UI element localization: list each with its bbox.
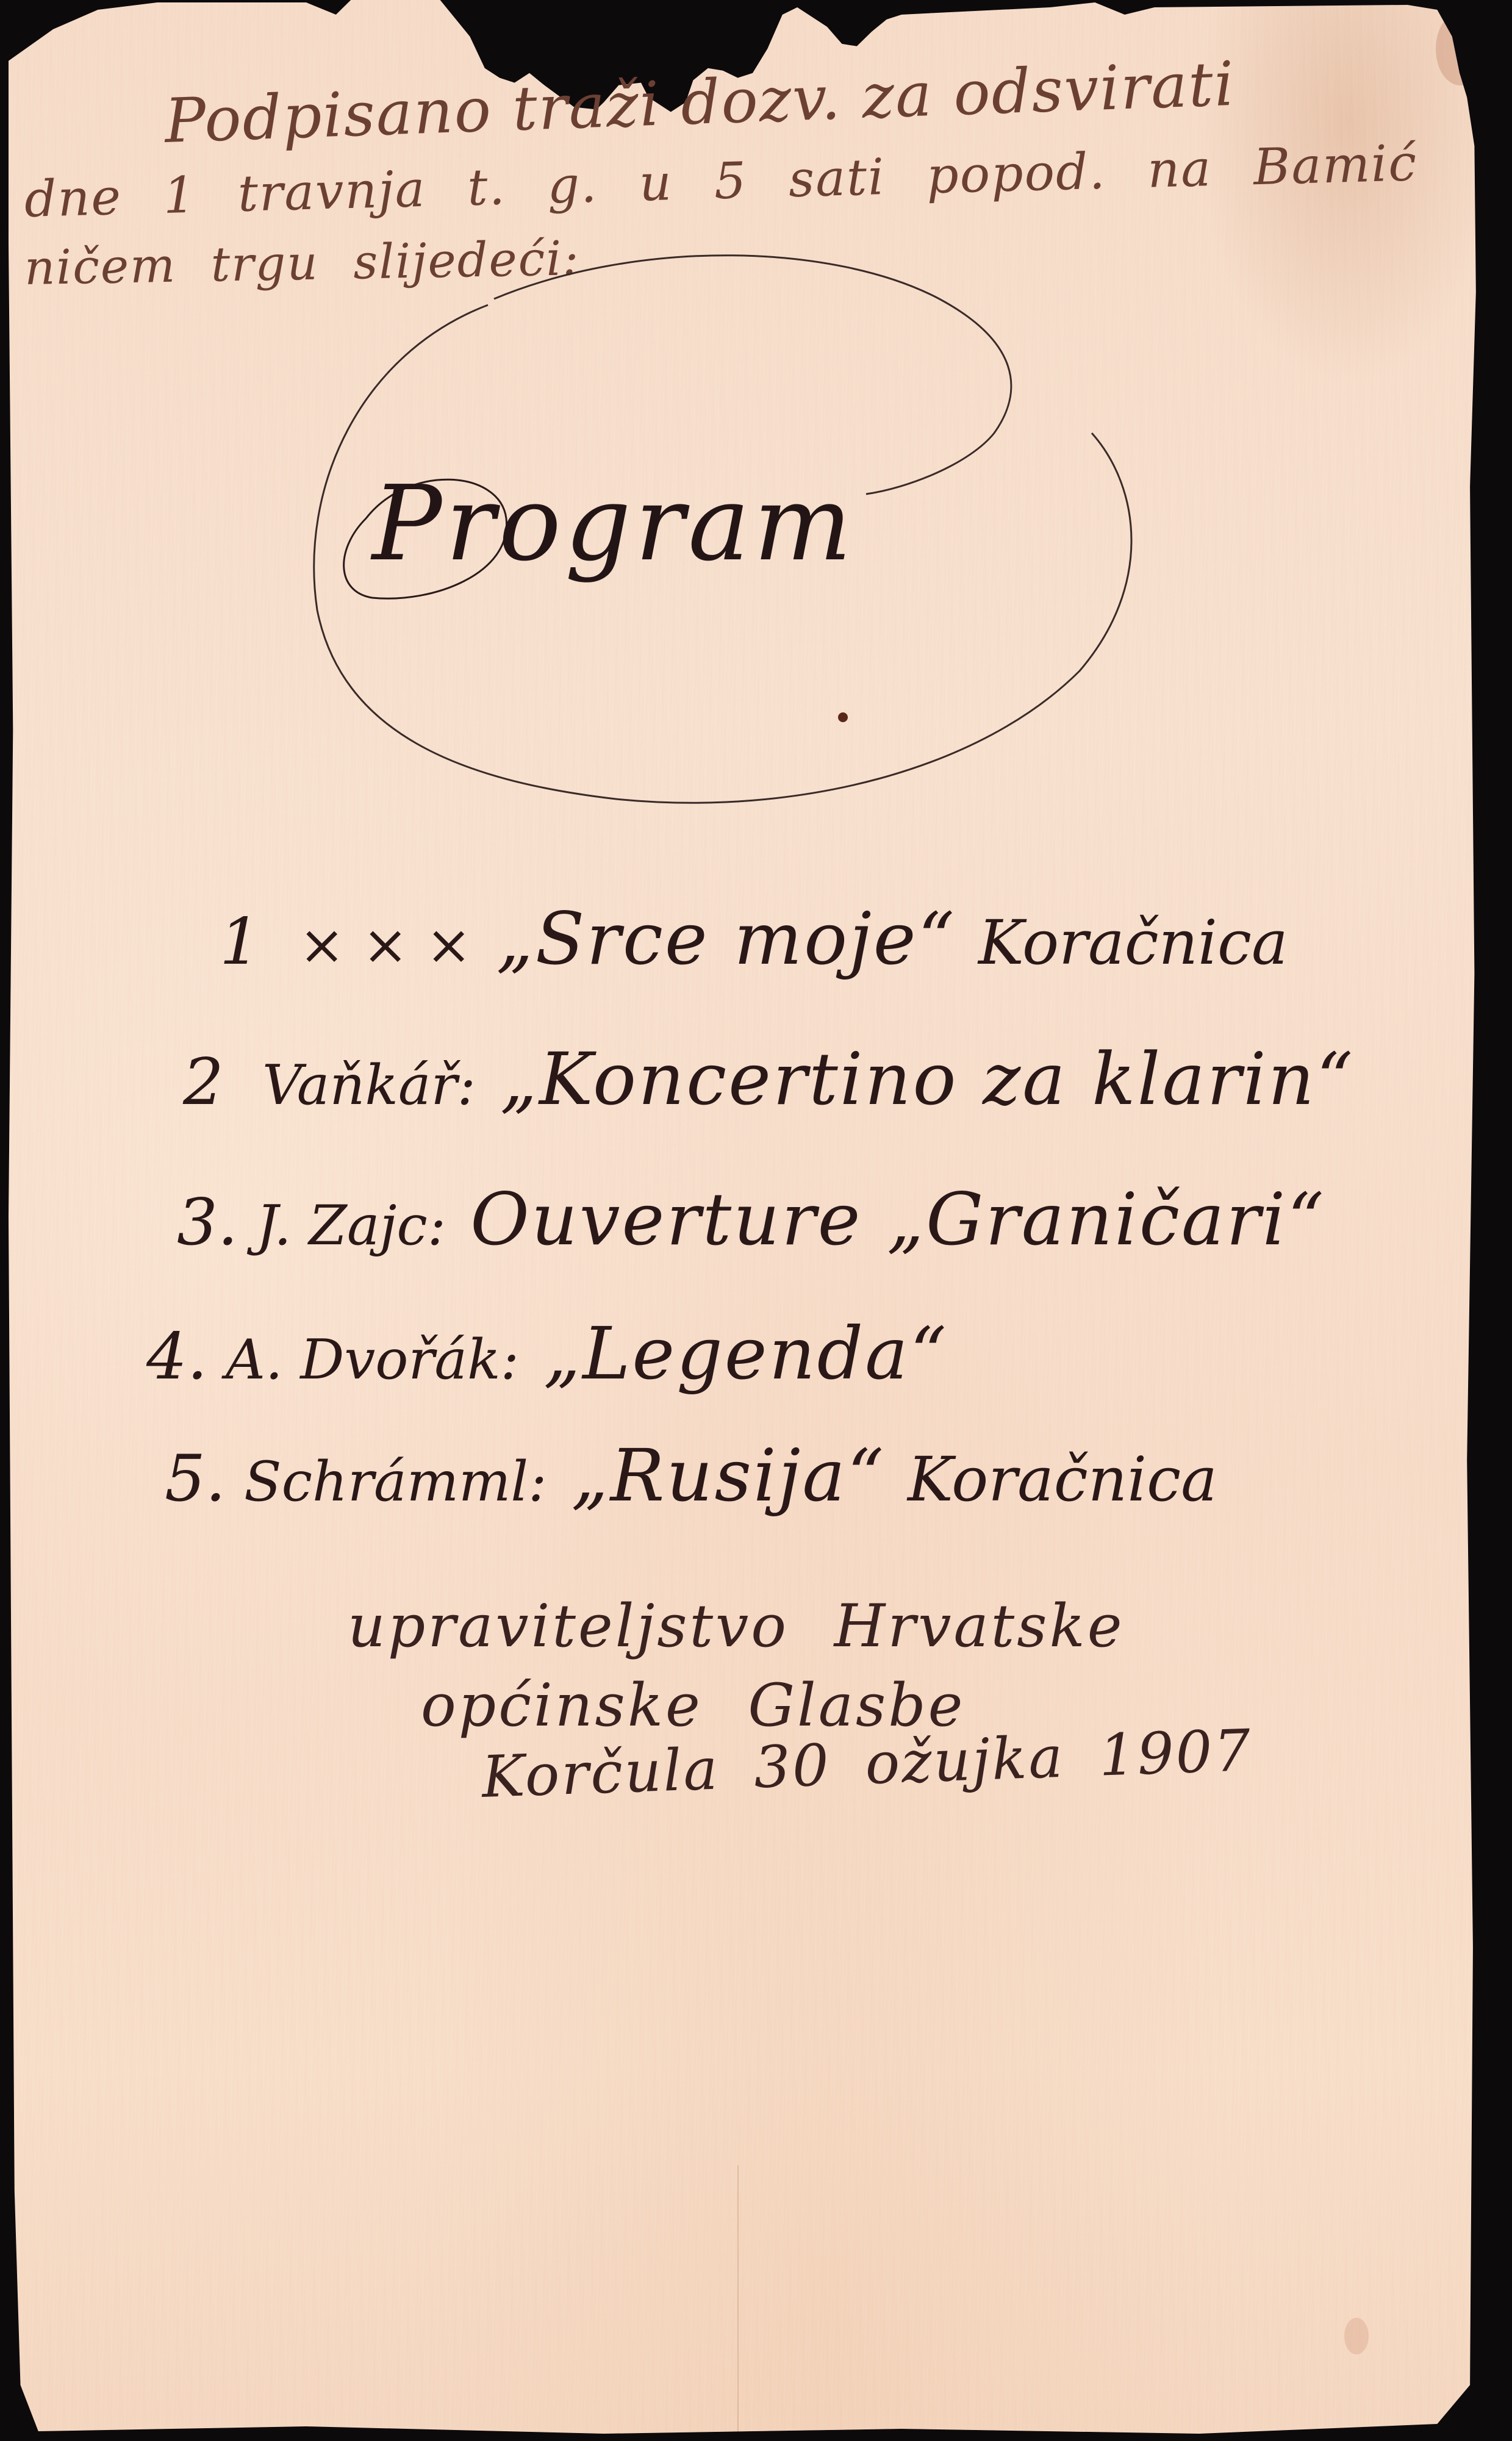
program-item: 3. J. Zajc: Ouverture „Graničari“ xyxy=(177,1177,1326,1261)
item-number: 2 xyxy=(183,1045,262,1119)
item-composer: A. Dvořák: xyxy=(226,1328,519,1392)
item-work: „Rusija“ xyxy=(571,1433,886,1518)
item-work: „Srce moje“ xyxy=(496,897,956,981)
item-work: Ouverture „Graničari“ xyxy=(470,1177,1326,1261)
item-number: 4. xyxy=(146,1319,226,1394)
item-composer: × × × xyxy=(299,913,471,977)
item-composer: Schrámml: xyxy=(244,1450,547,1514)
item-composer: J. Zajc: xyxy=(256,1194,446,1258)
item-number: 3. xyxy=(177,1185,256,1260)
rust-stain xyxy=(1344,2318,1369,2354)
item-number: 1 xyxy=(220,905,299,979)
item-number: 5. xyxy=(165,1441,244,1516)
signature-line-1: upraviteljstvo Hrvatske xyxy=(348,1592,1125,1660)
page-title: Program xyxy=(372,464,856,584)
item-genre: Koračnica xyxy=(908,1444,1217,1515)
item-composer: Vaňkář: xyxy=(262,1053,476,1117)
rust-stain xyxy=(1436,12,1485,85)
item-genre: Koračnica xyxy=(978,907,1288,978)
program-item: 5. Schrámml: „Rusija“ Koračnica xyxy=(165,1433,1217,1518)
scanned-document: Podpisano traži dozv. za odsvirati dne 1… xyxy=(0,0,1512,2441)
item-work: „Koncertino za klarin“ xyxy=(500,1037,1355,1121)
program-item: 4. A. Dvořák: „Legenda“ xyxy=(146,1311,948,1396)
program-item: 2 Vaňkář: „Koncertino za klarin“ xyxy=(183,1037,1355,1121)
signature-line-2: općinske Glasbe xyxy=(421,1671,965,1740)
paper-crease xyxy=(737,2165,739,2440)
item-work: „Legenda“ xyxy=(543,1311,948,1396)
program-item: 1 × × × „Srce moje“ Koračnica xyxy=(220,897,1288,981)
